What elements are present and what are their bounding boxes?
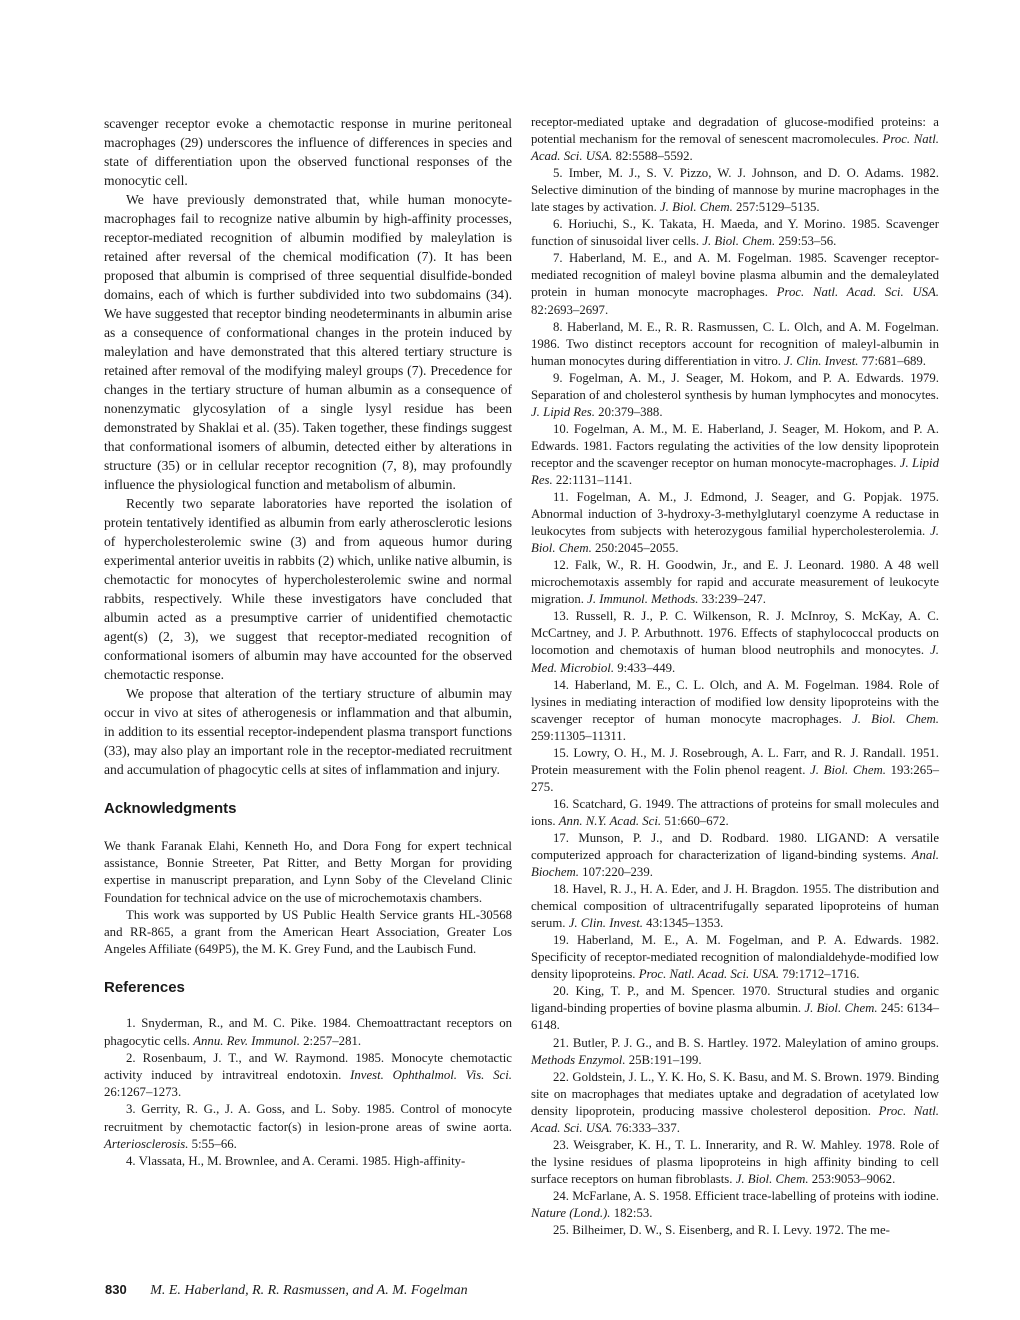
- reference-item: 17. Munson, P. J., and D. Rodbard. 1980.…: [531, 830, 939, 881]
- reference-item: 9. Fogelman, A. M., J. Seager, M. Hokom,…: [531, 370, 939, 421]
- running-authors: M. E. Haberland, R. R. Rasmussen, and A.…: [150, 1283, 467, 1298]
- reference-item: 24. McFarlane, A. S. 1958. Efficient tra…: [531, 1188, 939, 1222]
- body-paragraph: scavenger receptor evoke a chemotactic r…: [104, 114, 512, 190]
- reference-item: 6. Horiuchi, S., K. Takata, H. Maeda, an…: [531, 216, 939, 250]
- page-footer: 830 M. E. Haberland, R. R. Rasmussen, an…: [105, 1282, 468, 1299]
- reference-item: 10. Fogelman, A. M., M. E. Haberland, J.…: [531, 421, 939, 489]
- body-paragraph: We have previously demonstrated that, wh…: [104, 190, 512, 494]
- page-number: 830: [105, 1282, 127, 1297]
- reference-item: 21. Butler, P. J. G., and B. S. Hartley.…: [531, 1035, 939, 1069]
- reference-item: 13. Russell, R. J., P. C. Wilkenson, R. …: [531, 608, 939, 676]
- left-column: scavenger receptor evoke a chemotactic r…: [104, 114, 512, 1170]
- reference-item: 14. Haberland, M. E., C. L. Olch, and A.…: [531, 677, 939, 745]
- reference-item: 19. Haberland, M. E., A. M. Fogelman, an…: [531, 932, 939, 983]
- reference-item: 18. Havel, R. J., H. A. Eder, and J. H. …: [531, 881, 939, 932]
- journal-page: scavenger receptor evoke a chemotactic r…: [0, 0, 1020, 1320]
- reference-item: 8. Haberland, M. E., R. R. Rasmussen, C.…: [531, 319, 939, 370]
- reference-item: 3. Gerrity, R. G., J. A. Goss, and L. So…: [104, 1101, 512, 1153]
- acknowledgments-heading: Acknowledgments: [104, 799, 512, 818]
- reference-item: 22. Goldstein, J. L., Y. K. Ho, S. K. Ba…: [531, 1069, 939, 1137]
- reference-item-continued: receptor-mediated uptake and degradation…: [531, 114, 939, 165]
- reference-item: 2. Rosenbaum, J. T., and W. Raymond. 198…: [104, 1050, 512, 1102]
- reference-item: 20. King, T. P., and M. Spencer. 1970. S…: [531, 983, 939, 1034]
- acknowledgments-paragraph: We thank Faranak Elahi, Kenneth Ho, and …: [104, 838, 512, 907]
- reference-item: 16. Scatchard, G. 1949. The attractions …: [531, 796, 939, 830]
- reference-item: 12. Falk, W., R. H. Goodwin, Jr., and E.…: [531, 557, 939, 608]
- reference-item: 7. Haberland, M. E., and A. M. Fogelman.…: [531, 250, 939, 318]
- reference-item: 23. Weisgraber, K. H., T. L. Innerarity,…: [531, 1137, 939, 1188]
- reference-list-left: 1. Snyderman, R., and M. C. Pike. 1984. …: [104, 1015, 512, 1170]
- body-paragraph: We propose that alteration of the tertia…: [104, 684, 512, 779]
- reference-item: 15. Lowry, O. H., M. J. Rosebrough, A. L…: [531, 745, 939, 796]
- reference-item: 11. Fogelman, A. M., J. Edmond, J. Seage…: [531, 489, 939, 557]
- reference-item: 4. Vlassata, H., M. Brownlee, and A. Cer…: [104, 1153, 512, 1170]
- reference-item: 25. Bilheimer, D. W., S. Eisenberg, and …: [531, 1222, 939, 1239]
- reference-item: 1. Snyderman, R., and M. C. Pike. 1984. …: [104, 1015, 512, 1049]
- references-heading: References: [104, 978, 512, 997]
- acknowledgments-paragraph: This work was supported by US Public Hea…: [104, 907, 512, 959]
- reference-item: 5. Imber, M. J., S. V. Pizzo, W. J. John…: [531, 165, 939, 216]
- body-paragraph: Recently two separate laboratories have …: [104, 494, 512, 684]
- right-column: receptor-mediated uptake and degradation…: [531, 114, 939, 1239]
